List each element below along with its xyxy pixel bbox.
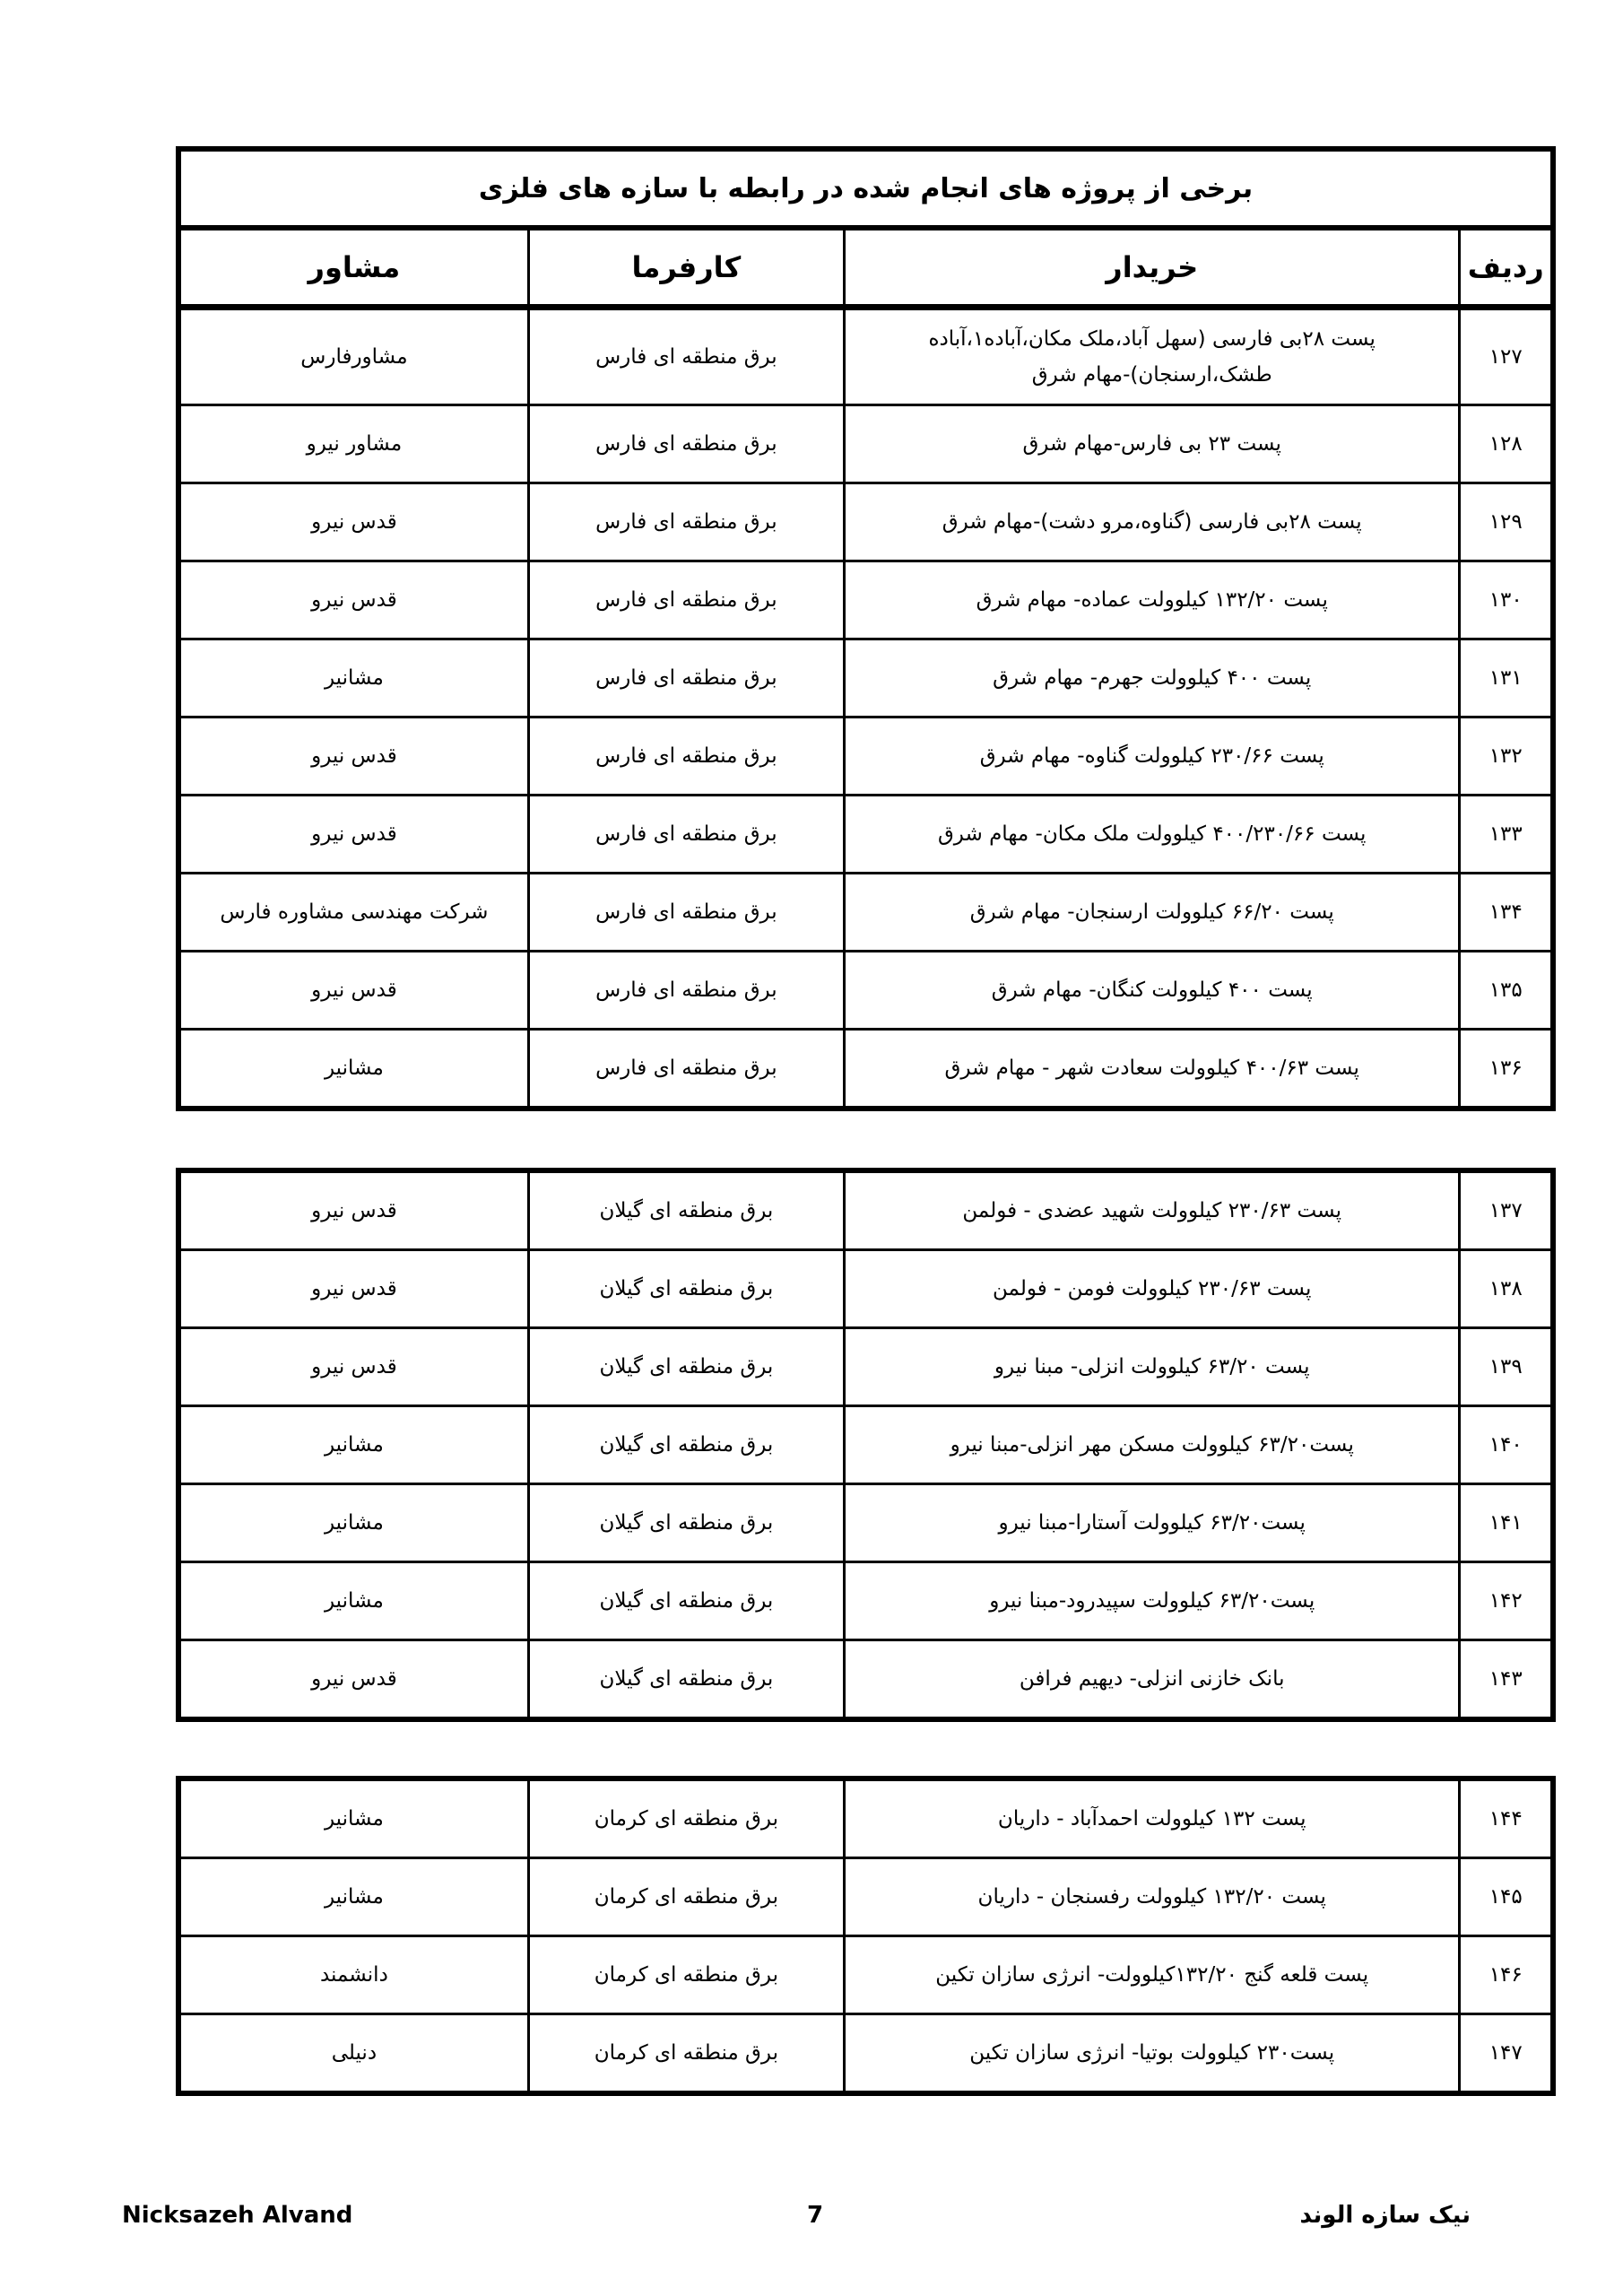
cell-index: ۱۲۷ [1460, 308, 1553, 405]
cell-index: ۱۳۲ [1460, 717, 1553, 796]
cell-consultant: قدس نیرو [178, 561, 528, 639]
cell-buyer: پست ۶۳/۲۰ کیلوولت انزلی- مبنا نیرو [845, 1328, 1460, 1406]
cell-consultant: مشانیر [178, 1484, 528, 1562]
cell-consultant: قدس نیرو [178, 1328, 528, 1406]
table-row: ۱۳۳پست ۴۰۰/۲۳۰/۶۶ کیلوولت ملک مکان- مهام… [178, 796, 1553, 874]
table-row: ۱۳۹پست ۶۳/۲۰ کیلوولت انزلی- مبنا نیروبرق… [178, 1328, 1553, 1406]
cell-employer: برق منطقه ای فارس [528, 639, 844, 717]
cell-buyer: پست ۲۳۰/۶۶ کیلوولت گناوه- مهام شرق [845, 717, 1460, 796]
cell-buyer: پست قلعه گنج ۱۳۲/۲۰کیلوولت- انرژی سازان … [845, 1936, 1460, 2014]
cell-employer: برق منطقه ای کرمان [528, 1779, 844, 1858]
table-row: ۱۴۳بانک خازنی انزلی- دیهیم فرافنبرق منطق… [178, 1640, 1553, 1720]
cell-buyer: پست ۱۳۲/۲۰ کیلوولت عماده- مهام شرق [845, 561, 1460, 639]
cell-index: ۱۴۱ [1460, 1484, 1553, 1562]
table-row: ۱۴۲پست۶۳/۲۰ کیلوولت سپیدرود-مبنا نیروبرق… [178, 1562, 1553, 1640]
table-title: برخی از پروژه های انجام شده در رابطه با … [178, 149, 1553, 228]
cell-consultant: قدس نیرو [178, 717, 528, 796]
header-index: ردیف [1460, 228, 1553, 308]
cell-buyer: پست ۲۳ بی فارس-مهام شرق [845, 405, 1460, 483]
cell-index: ۱۳۸ [1460, 1250, 1553, 1328]
cell-employer: برق منطقه ای گیلان [528, 1562, 844, 1640]
cell-index: ۱۴۳ [1460, 1640, 1553, 1720]
table-row: ۱۳۶پست ۴۰۰/۶۳ کیلوولت سعادت شهر - مهام ش… [178, 1030, 1553, 1109]
cell-index: ۱۴۴ [1460, 1779, 1553, 1858]
cell-index: ۱۳۱ [1460, 639, 1553, 717]
cell-index: ۱۳۵ [1460, 952, 1553, 1030]
cell-buyer: پست۶۳/۲۰ کیلوولت مسکن مهر انزلی-مبنا نیر… [845, 1406, 1460, 1484]
header-employer: کارفرما [528, 228, 844, 308]
cell-consultant: مشانیر [178, 1779, 528, 1858]
table-row: ۱۲۸پست ۲۳ بی فارس-مهام شرقبرق منطقه ای ف… [178, 405, 1553, 483]
cell-buyer: پست۶۳/۲۰ کیلوولت آستارا-مبنا نیرو [845, 1484, 1460, 1562]
cell-buyer: پست ۲۳۰/۶۳ کیلوولت شهید عضدی - فولمن [845, 1170, 1460, 1250]
cell-index: ۱۲۹ [1460, 483, 1553, 561]
table-row: ۱۳۷پست ۲۳۰/۶۳ کیلوولت شهید عضدی - فولمنب… [178, 1170, 1553, 1250]
cell-employer: برق منطقه ای کرمان [528, 1858, 844, 1936]
table-row: ۱۳۰پست ۱۳۲/۲۰ کیلوولت عماده- مهام شرقبرق… [178, 561, 1553, 639]
cell-buyer: پست ۱۳۲/۲۰ کیلوولت رفسنجان - داریان [845, 1858, 1460, 1936]
cell-consultant: مشاور نیرو [178, 405, 528, 483]
cell-index: ۱۴۷ [1460, 2014, 1553, 2094]
table-row: ۱۳۱پست ۴۰۰ کیلوولت جهرم- مهام شرقبرق منط… [178, 639, 1553, 717]
cell-buyer: پست ۴۰۰ کیلوولت جهرم- مهام شرق [845, 639, 1460, 717]
cell-index: ۱۳۰ [1460, 561, 1553, 639]
cell-consultant: قدس نیرو [178, 483, 528, 561]
cell-employer: برق منطقه ای فارس [528, 561, 844, 639]
cell-index: ۱۳۳ [1460, 796, 1553, 874]
cell-employer: برق منطقه ای فارس [528, 483, 844, 561]
cell-employer: برق منطقه ای فارس [528, 874, 844, 952]
cell-consultant: مشانیر [178, 639, 528, 717]
cell-index: ۱۴۵ [1460, 1858, 1553, 1936]
cell-employer: برق منطقه ای فارس [528, 1030, 844, 1109]
page-number: 7 [807, 2202, 823, 2229]
header-buyer: خریدار [845, 228, 1460, 308]
cell-employer: برق منطقه ای فارس [528, 405, 844, 483]
cell-consultant: قدس نیرو [178, 1250, 528, 1328]
cell-buyer: پست ۴۰۰/۶۳ کیلوولت سعادت شهر - مهام شرق [845, 1030, 1460, 1109]
projects-table-fars: برخی از پروژه های انجام شده در رابطه با … [176, 146, 1556, 1111]
cell-employer: برق منطقه ای فارس [528, 308, 844, 405]
table-row: ۱۳۵پست ۴۰۰ کیلوولت کنگان- مهام شرقبرق من… [178, 952, 1553, 1030]
cell-consultant: دنیلی [178, 2014, 528, 2094]
table-row: ۱۴۴پست ۱۳۲ کیلوولت احمدآباد - داریانبرق … [178, 1779, 1553, 1858]
cell-buyer: پست۲۳۰ کیلوولت بوتیا- انرژی سازان تکین [845, 2014, 1460, 2094]
cell-buyer: پست ۴۰۰/۲۳۰/۶۶ کیلوولت ملک مکان- مهام شر… [845, 796, 1460, 874]
cell-buyer: پست ۲۳۰/۶۳ کیلوولت فومن - فولمن [845, 1250, 1460, 1328]
table-row: ۱۴۰پست۶۳/۲۰ کیلوولت مسکن مهر انزلی-مبنا … [178, 1406, 1553, 1484]
cell-consultant: شرکت مهندسی مشاوره فارس [178, 874, 528, 952]
cell-consultant: مشاورفارس [178, 308, 528, 405]
cell-consultant: قدس نیرو [178, 952, 528, 1030]
table-row: ۱۴۶پست قلعه گنج ۱۳۲/۲۰کیلوولت- انرژی ساز… [178, 1936, 1553, 2014]
cell-consultant: مشانیر [178, 1030, 528, 1109]
cell-consultant: قدس نیرو [178, 796, 528, 874]
cell-employer: برق منطقه ای فارس [528, 717, 844, 796]
cell-employer: برق منطقه ای فارس [528, 952, 844, 1030]
cell-employer: برق منطقه ای فارس [528, 796, 844, 874]
cell-employer: برق منطقه ای کرمان [528, 2014, 844, 2094]
cell-buyer: پست ۲۸بی فارسی (سهل آباد،ملک مکان،آباده۱… [845, 308, 1460, 405]
cell-buyer: پست۶۳/۲۰ کیلوولت سپیدرود-مبنا نیرو [845, 1562, 1460, 1640]
cell-buyer: پست ۱۳۲ کیلوولت احمدآباد - داریان [845, 1779, 1460, 1858]
header-consultant: مشاور [178, 228, 528, 308]
cell-consultant: مشانیر [178, 1562, 528, 1640]
cell-buyer: بانک خازنی انزلی- دیهیم فرافن [845, 1640, 1460, 1720]
cell-employer: برق منطقه ای گیلان [528, 1640, 844, 1720]
projects-table-gilan: ۱۳۷پست ۲۳۰/۶۳ کیلوولت شهید عضدی - فولمنب… [176, 1168, 1556, 1722]
cell-consultant: مشانیر [178, 1858, 528, 1936]
table-row: ۱۳۲پست ۲۳۰/۶۶ کیلوولت گناوه- مهام شرقبرق… [178, 717, 1553, 796]
table-row: ۱۴۵پست ۱۳۲/۲۰ کیلوولت رفسنجان - داریانبر… [178, 1858, 1553, 1936]
cell-index: ۱۳۶ [1460, 1030, 1553, 1109]
cell-consultant: دانشمند [178, 1936, 528, 2014]
table-row: ۱۴۷پست۲۳۰ کیلوولت بوتیا- انرژی سازان تکی… [178, 2014, 1553, 2094]
cell-employer: برق منطقه ای گیلان [528, 1170, 844, 1250]
cell-index: ۱۳۴ [1460, 874, 1553, 952]
cell-consultant: قدس نیرو [178, 1170, 528, 1250]
footer-company-english: Nicksazeh Alvand [122, 2202, 352, 2229]
projects-table-kerman: ۱۴۴پست ۱۳۲ کیلوولت احمدآباد - داریانبرق … [176, 1776, 1556, 2096]
cell-index: ۱۳۹ [1460, 1328, 1553, 1406]
cell-index: ۱۳۷ [1460, 1170, 1553, 1250]
table-row: ۱۴۱پست۶۳/۲۰ کیلوولت آستارا-مبنا نیروبرق … [178, 1484, 1553, 1562]
cell-employer: برق منطقه ای گیلان [528, 1406, 844, 1484]
cell-employer: برق منطقه ای کرمان [528, 1936, 844, 2014]
table-row: ۱۲۷پست ۲۸بی فارسی (سهل آباد،ملک مکان،آبا… [178, 308, 1553, 405]
cell-employer: برق منطقه ای گیلان [528, 1250, 844, 1328]
cell-index: ۱۴۶ [1460, 1936, 1553, 2014]
table-row: ۱۳۴پست ۶۶/۲۰ کیلوولت ارسنجان- مهام شرقبر… [178, 874, 1553, 952]
cell-index: ۱۴۲ [1460, 1562, 1553, 1640]
cell-index: ۱۴۰ [1460, 1406, 1553, 1484]
cell-employer: برق منطقه ای گیلان [528, 1484, 844, 1562]
cell-buyer: پست ۶۶/۲۰ کیلوولت ارسنجان- مهام شرق [845, 874, 1460, 952]
cell-buyer: پست ۲۸بی فارسی (گناوه،مرو دشت)-مهام شرق [845, 483, 1460, 561]
cell-employer: برق منطقه ای گیلان [528, 1328, 844, 1406]
cell-buyer: پست ۴۰۰ کیلوولت کنگان- مهام شرق [845, 952, 1460, 1030]
table-row: ۱۳۸پست ۲۳۰/۶۳ کیلوولت فومن - فولمنبرق من… [178, 1250, 1553, 1328]
cell-index: ۱۲۸ [1460, 405, 1553, 483]
cell-consultant: قدس نیرو [178, 1640, 528, 1720]
cell-consultant: مشانیر [178, 1406, 528, 1484]
table-row: ۱۲۹پست ۲۸بی فارسی (گناوه،مرو دشت)-مهام ش… [178, 483, 1553, 561]
footer-company-persian: نیک سازه الوند [1299, 2202, 1471, 2229]
